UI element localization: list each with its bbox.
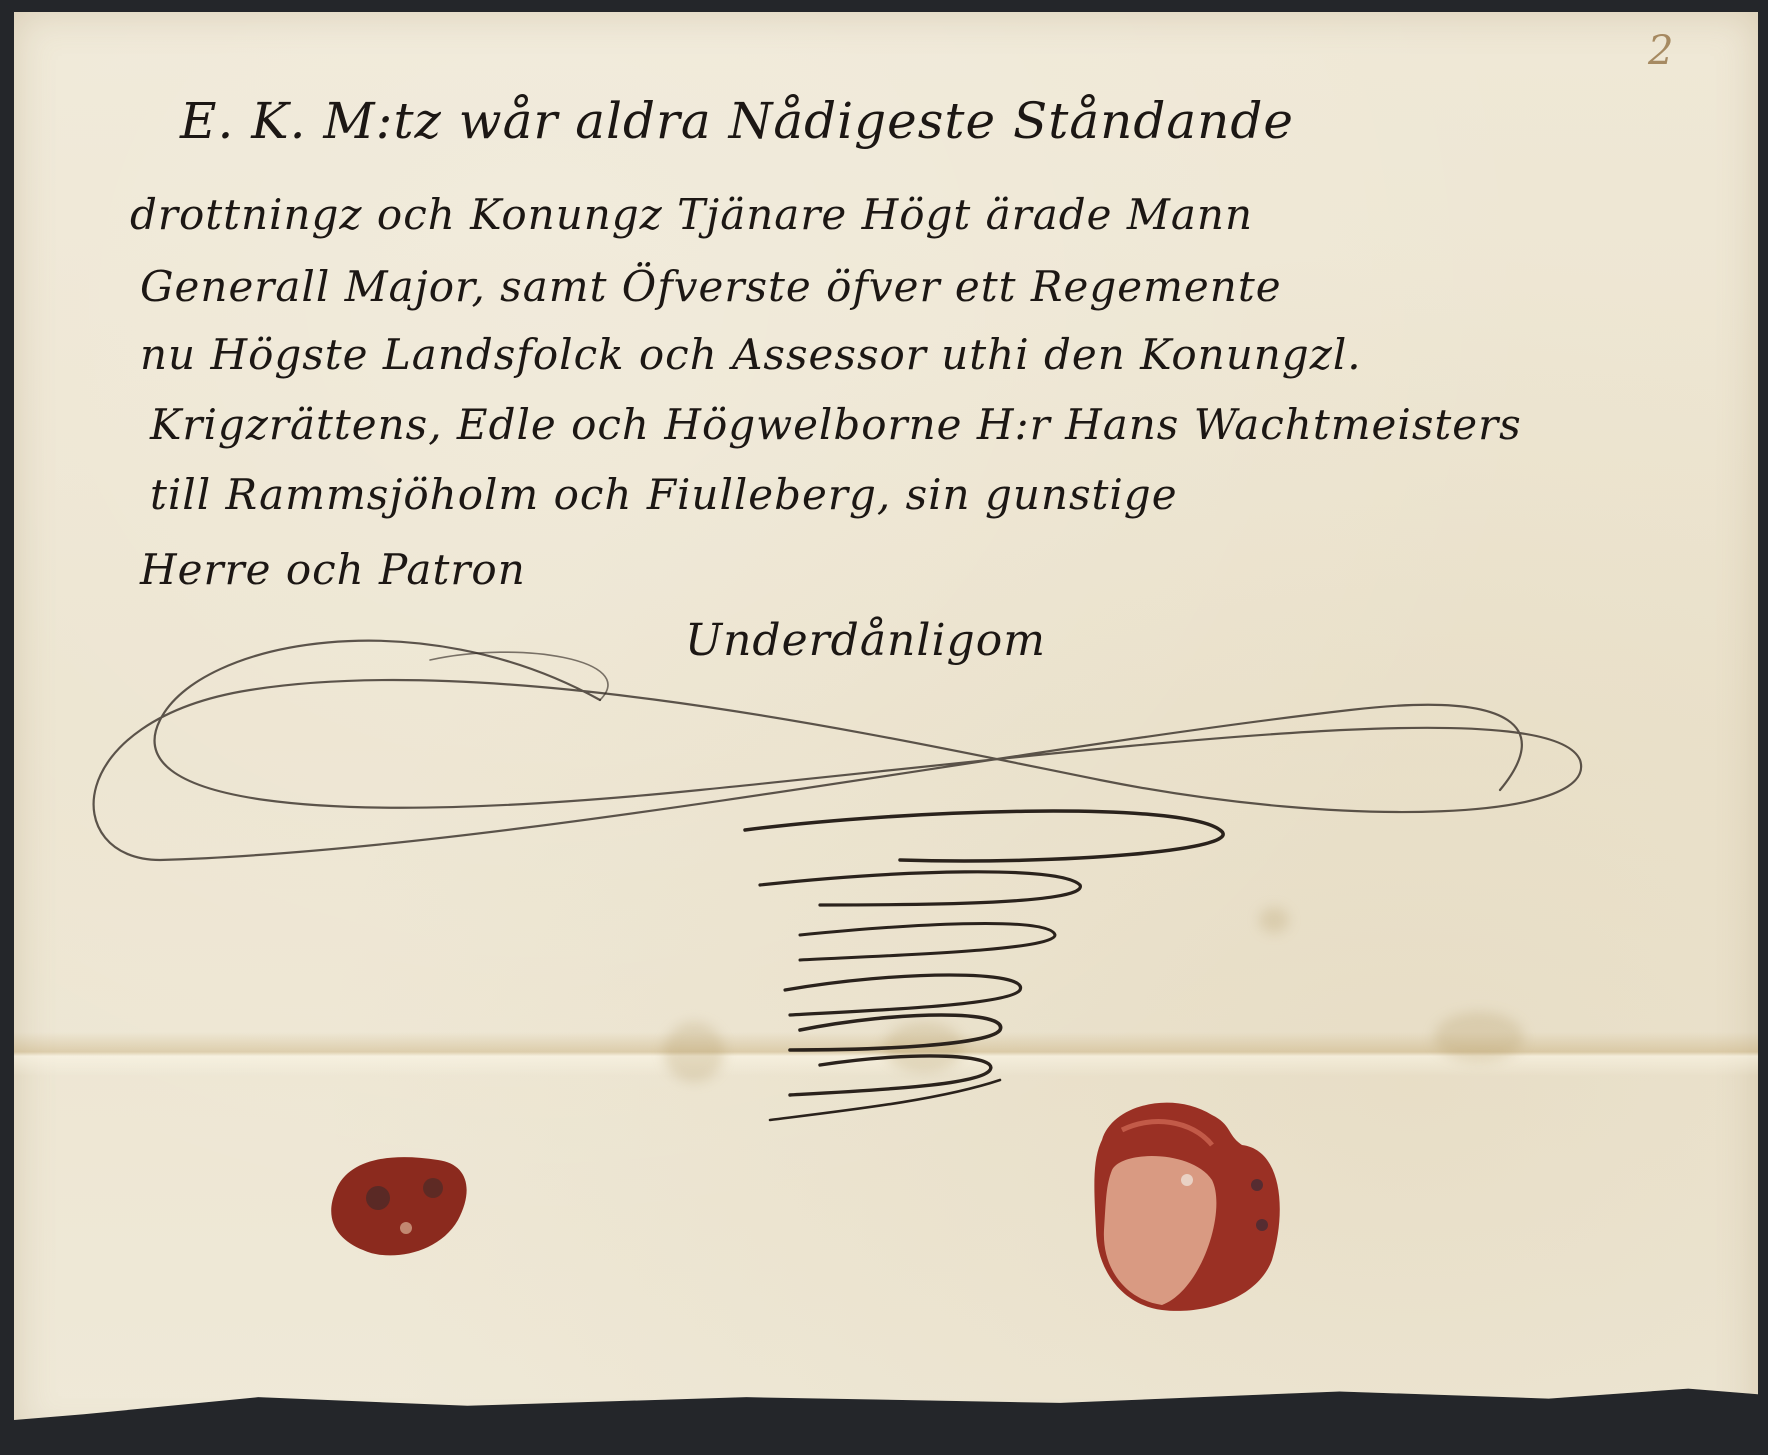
signature-flourish xyxy=(0,0,1768,1455)
right-wax-seal xyxy=(1082,1090,1292,1320)
left-wax-seal xyxy=(318,1150,478,1270)
